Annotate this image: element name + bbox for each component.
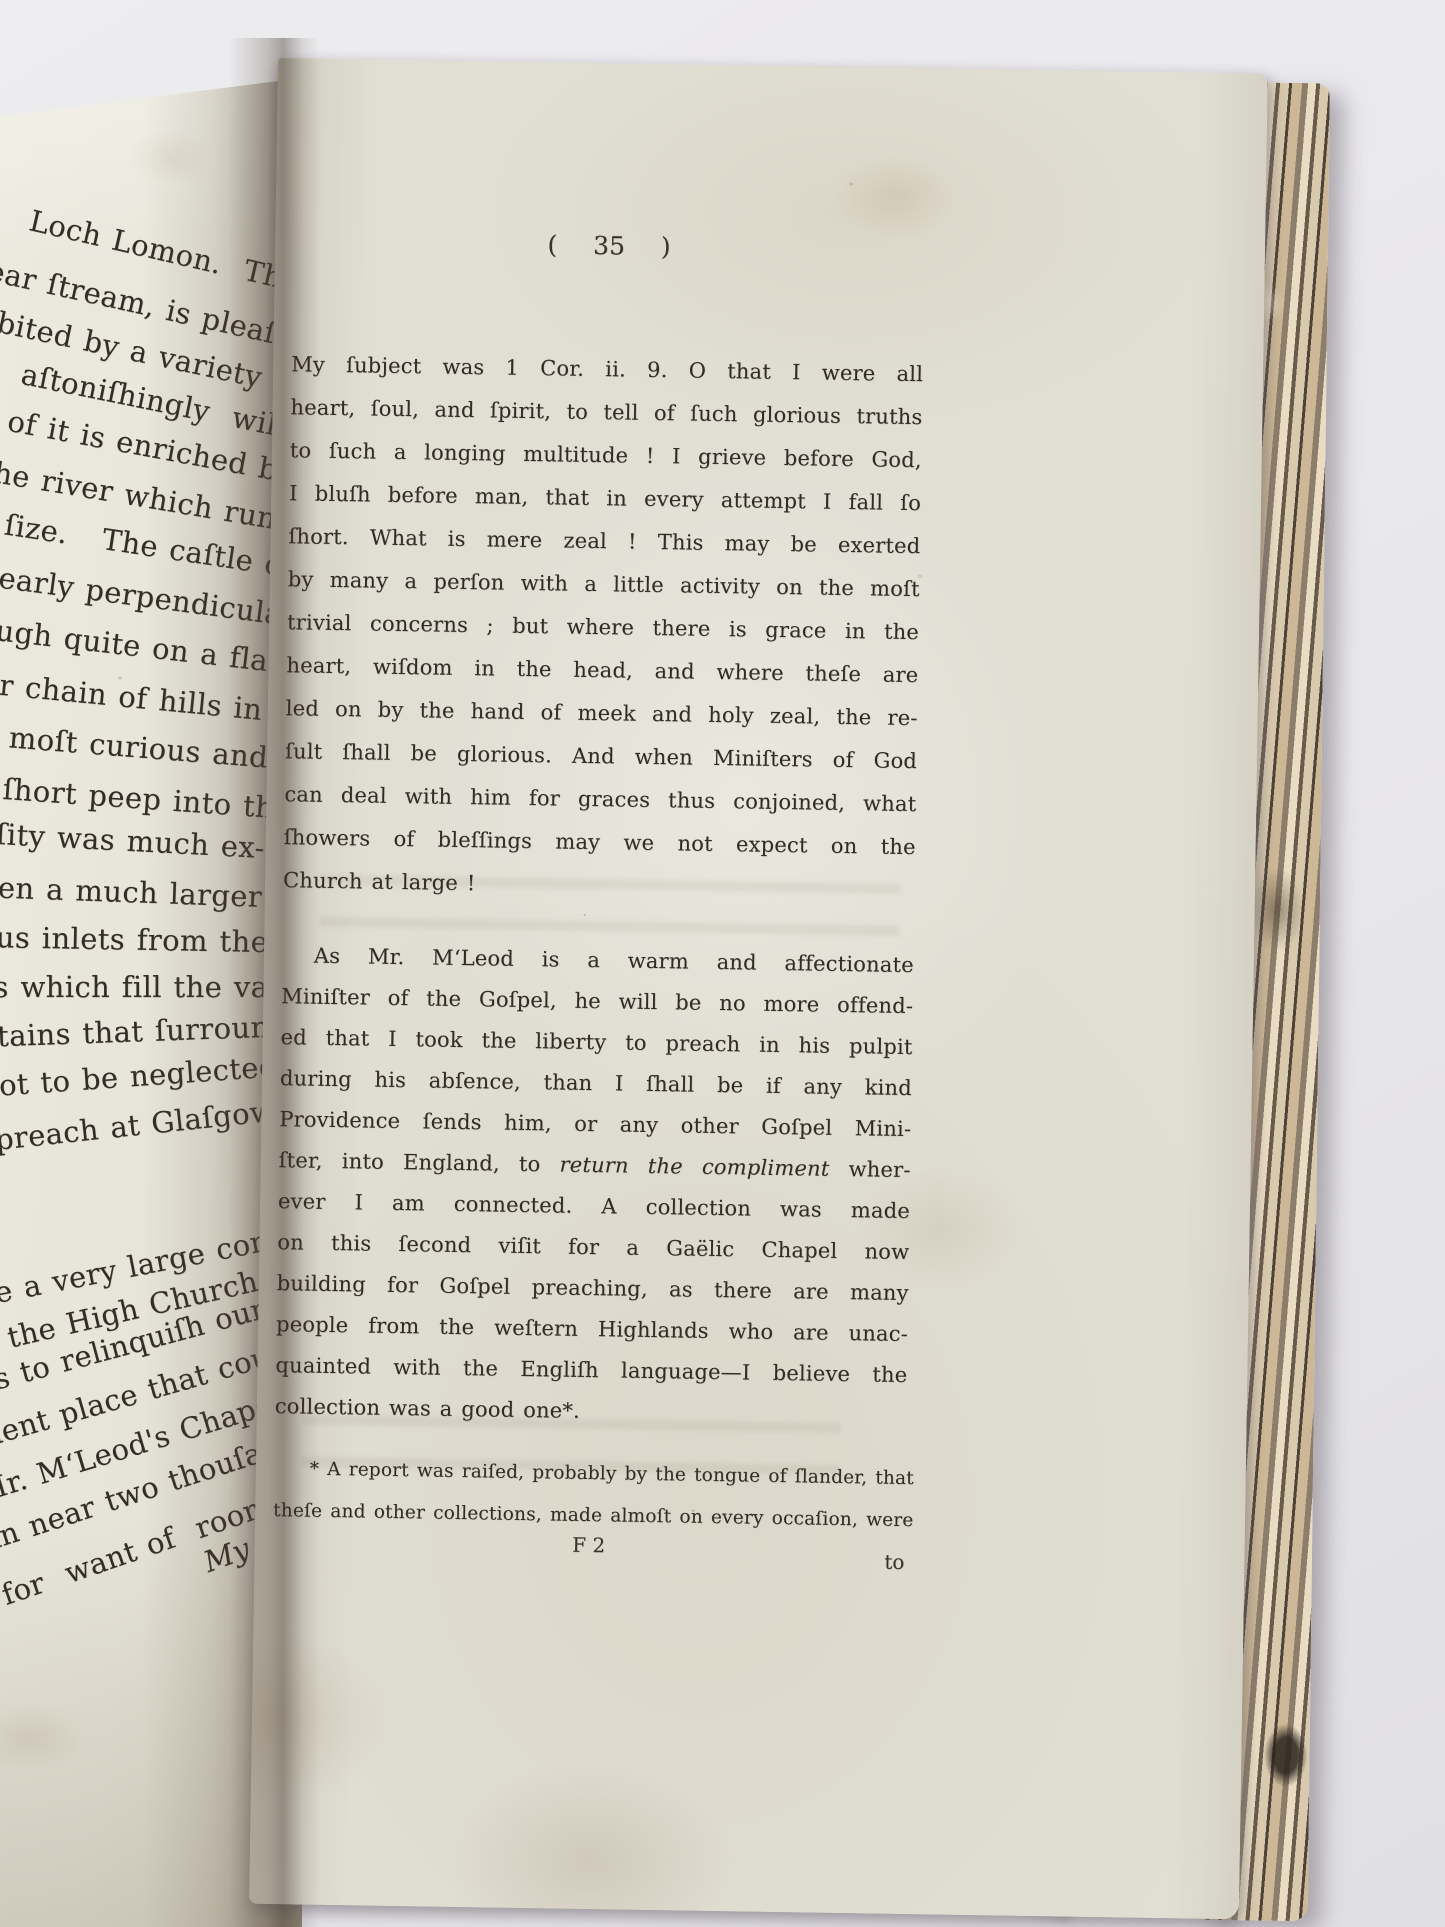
- page-number: ( 35 ): [293, 226, 925, 265]
- text-line: ear ſtream, is pleaſant: [0, 253, 302, 361]
- text-line: er chain of hills in: [0, 666, 264, 727]
- left-page-catchword: My: [199, 1531, 254, 1579]
- text-line: ken a much larger: [0, 870, 263, 914]
- text-line: s ſhort peep into the: [0, 770, 293, 826]
- text-line: not to be neglected.: [0, 1049, 288, 1104]
- right-page: ( 35 ) My ſubject was 1 Cor. ii. 9. O th…: [249, 58, 1268, 1919]
- text-line: the river which runs: [0, 453, 294, 538]
- text-line: es which fill the val-: [0, 970, 288, 1004]
- book-photo: Loch Lomon. Theear ſtream, is pleaſantab…: [0, 0, 1445, 1927]
- text-line: ile a very large con-: [0, 1221, 282, 1313]
- text-line: e ſize. The caſtle of: [0, 503, 296, 584]
- text-line: Mr. M‘Leod's Chapel.: [0, 1381, 295, 1509]
- text-segment: wher-: [829, 1157, 911, 1182]
- text-line: y for want of room.: [0, 1485, 284, 1621]
- paragraph-1: My ſubject was 1 Cor. ii. 9. O that I we…: [283, 343, 924, 912]
- text-line: ous inlets from the: [0, 920, 269, 959]
- paragraph-2: As Mr. M‘Leod is a warm and affectionate…: [274, 935, 914, 1437]
- text-line: oſity was much ex-: [0, 816, 266, 865]
- text-line: ntains that ſurround: [0, 1009, 289, 1054]
- text-line: Loch Lomon. The: [26, 203, 302, 298]
- text-line: e moſt curious and: [0, 718, 269, 775]
- footnote: * A report was raiſed, probably by the t…: [273, 1448, 914, 1542]
- text-line: n the High Church-: [0, 1262, 271, 1362]
- text-line: ough quite on a flat,: [0, 611, 292, 680]
- text-segment: ſter, into England, to: [278, 1148, 559, 1176]
- italic-phrase: return the compliment: [559, 1153, 829, 1181]
- text-line: abited by a variety of: [0, 301, 302, 403]
- text-line: d of it is enriched by: [0, 398, 297, 490]
- text-line: s aſtoniſhingly wild: [0, 349, 298, 446]
- text-line: ns to relinquiſh our: [0, 1291, 269, 1401]
- text-line: preach at Glaſgow: [0, 1094, 277, 1157]
- text-line: nearly perpendicular,: [0, 558, 302, 634]
